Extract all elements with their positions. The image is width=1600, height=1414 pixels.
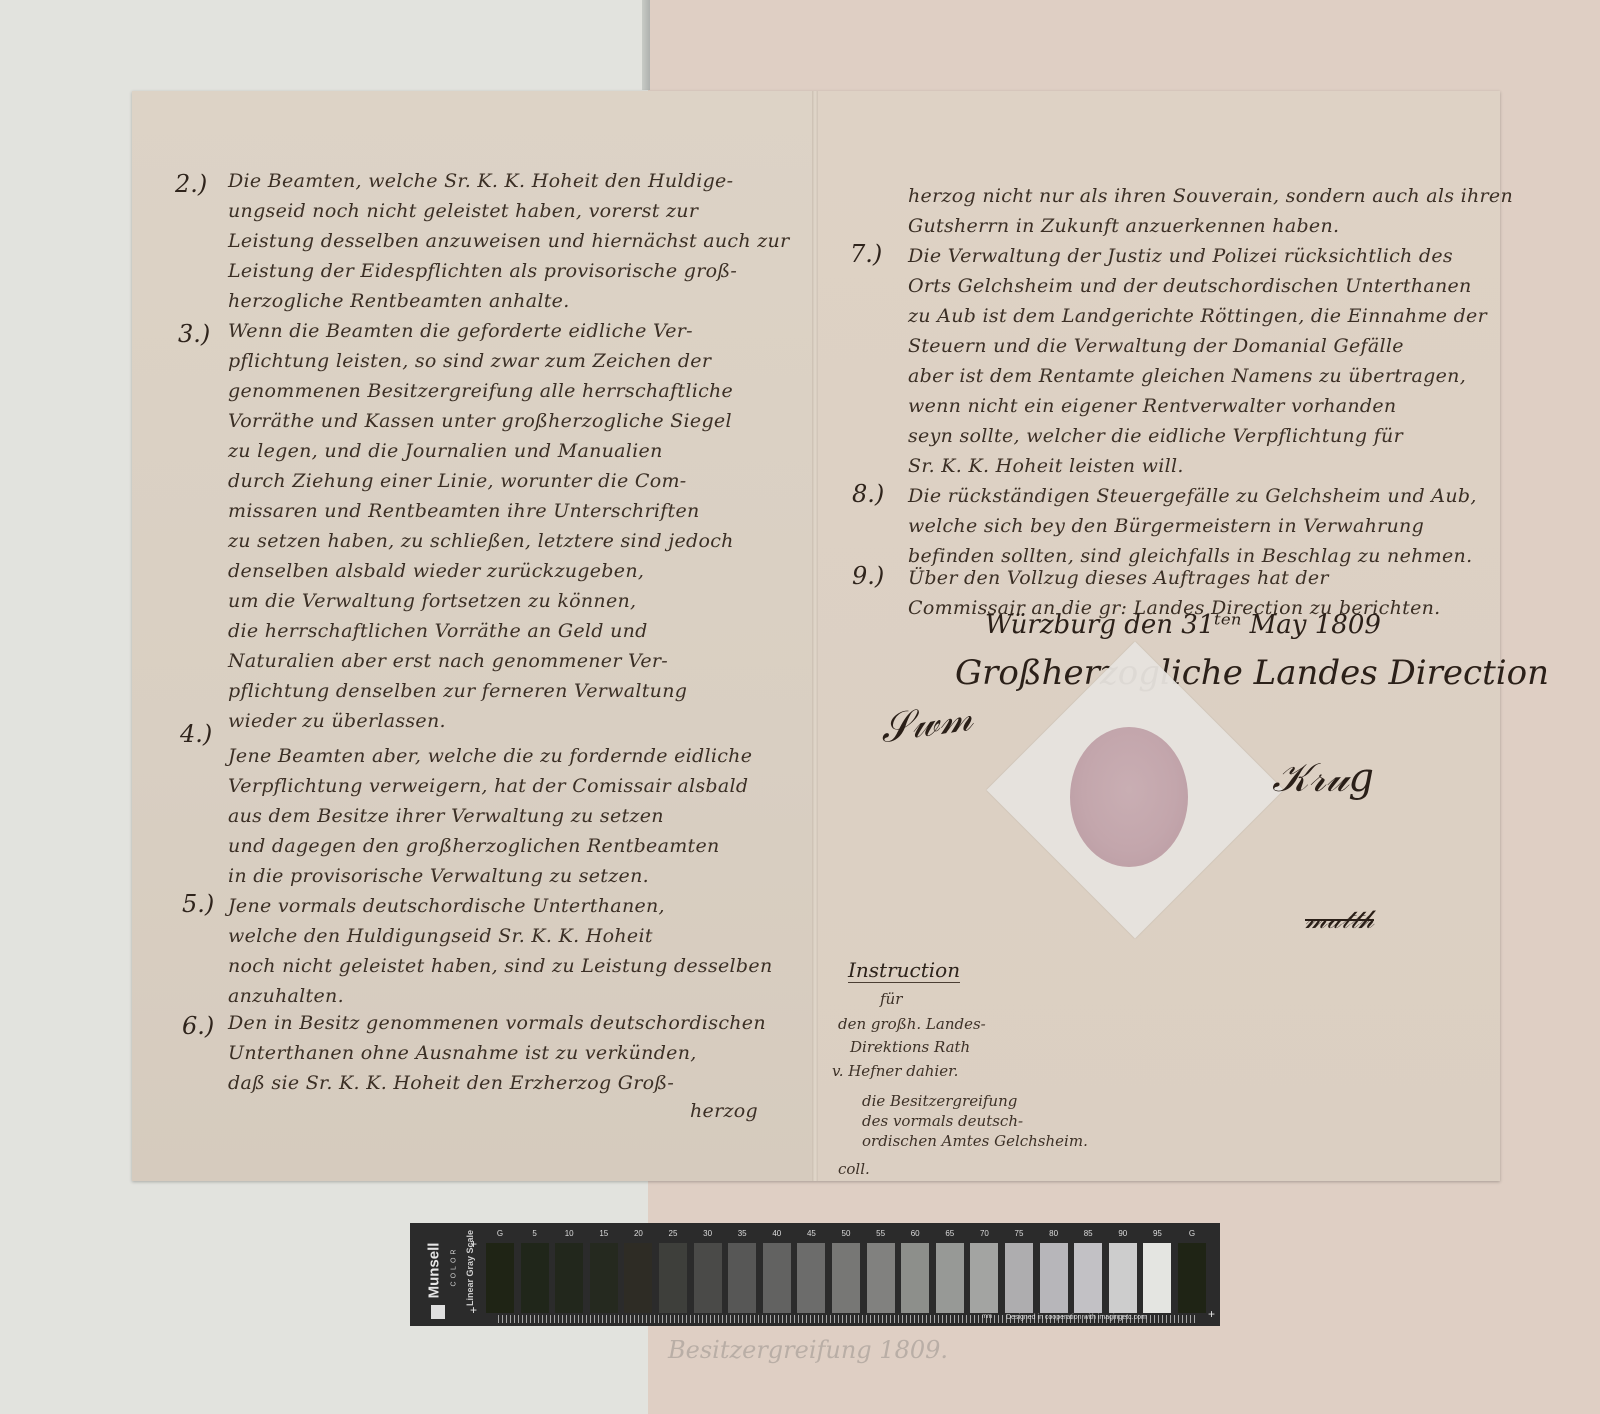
gray-scale-label: 10: [552, 1229, 586, 1238]
text-line: Naturalien aber erst nach genommener Ver…: [228, 650, 668, 672]
gray-scale-label: 35: [725, 1229, 759, 1238]
address-note-line: den großh. Landes-: [838, 1015, 986, 1033]
scale-name: Linear Gray Scale: [465, 1222, 475, 1314]
gray-patch: [694, 1243, 722, 1313]
text-line: aus dem Besitze ihrer Verwaltung zu setz…: [228, 805, 664, 827]
text-line: Unterthanen ohne Ausnahme ist zu verkünd…: [228, 1042, 697, 1064]
text-line: Leistung der Eidespflichten als provisor…: [228, 260, 737, 282]
text-line: Gutsherrn in Zukunft anzuerkennen haben.: [908, 215, 1339, 237]
gray-patch: [1109, 1243, 1137, 1313]
address-note-line: für: [880, 990, 902, 1008]
gray-patch: [486, 1243, 514, 1313]
gray-scale-label: 5: [518, 1229, 552, 1238]
gray-scale-label: 65: [933, 1229, 967, 1238]
text-line: um die Verwaltung fortsetzen zu können,: [228, 590, 636, 612]
gray-patch: [1074, 1243, 1102, 1313]
gray-patch: [1178, 1243, 1206, 1313]
address-note-line: Direktions Rath: [850, 1038, 970, 1056]
paragraph-number: 4.): [180, 720, 212, 748]
registration-plus-icon: +: [1208, 1307, 1215, 1321]
address-note-footer: coll.: [838, 1160, 870, 1178]
gray-scale-label: 70: [967, 1229, 1001, 1238]
gray-patch: [1143, 1243, 1171, 1313]
gray-patch: [1005, 1243, 1033, 1313]
signature-right: 𝒦𝓇𝓊𝑔: [1272, 755, 1374, 801]
paragraph-number: 3.): [178, 320, 210, 348]
gray-scale-label: 95: [1140, 1229, 1174, 1238]
address-note-line: v. Hefner dahier.: [832, 1062, 958, 1080]
gray-patch: [728, 1243, 756, 1313]
text-line: zu Aub ist dem Landgerichte Röttingen, d…: [908, 305, 1487, 327]
text-line: zu legen, und die Journalien und Manuali…: [228, 440, 663, 462]
gray-patch: [970, 1243, 998, 1313]
paragraph-number: 8.): [852, 480, 884, 508]
text-line: Vorräthe und Kassen unter großherzoglich…: [228, 410, 732, 432]
gray-scale-label: 30: [691, 1229, 725, 1238]
text-line: welche sich bey den Bürgermeistern in Ve…: [908, 515, 1424, 537]
text-line: herzogliche Rentbeamten anhalte.: [228, 290, 570, 312]
text-line: Jene Beamten aber, welche die zu fordern…: [228, 745, 752, 767]
text-line: durch Ziehung einer Linie, worunter die …: [228, 470, 686, 492]
gray-scale-label: 15: [587, 1229, 621, 1238]
gray-patch: [936, 1243, 964, 1313]
gray-scale-label: 85: [1071, 1229, 1105, 1238]
text-line: Die rückständigen Steuergefälle zu Gelch…: [908, 485, 1477, 507]
background-shadow: [642, 0, 650, 90]
text-line: Steuern und die Verwaltung der Domanial …: [908, 335, 1404, 357]
text-line: genommenen Besitzergreifung alle herrsch…: [228, 380, 733, 402]
paragraph-number: 2.): [175, 170, 207, 198]
gray-scale-label: 75: [1002, 1229, 1036, 1238]
text-line: die herrschaftlichen Vorräthe an Geld un…: [228, 620, 648, 642]
text-line: Sr. K. K. Hoheit leisten will.: [908, 455, 1184, 477]
gray-scale-label: G: [483, 1229, 517, 1238]
address-note-line: des vormals deutsch-: [862, 1112, 1023, 1130]
registration-plus-icon: +: [470, 1303, 477, 1317]
gray-scale-label: 60: [898, 1229, 932, 1238]
registration-plus-icon: +: [470, 1237, 477, 1251]
text-line: Die Beamten, welche Sr. K. K. Hoheit den…: [228, 170, 733, 192]
text-line: Über den Vollzug dieses Auftrages hat de…: [908, 567, 1329, 589]
text-line: Verpflichtung verweigern, hat der Comiss…: [228, 775, 748, 797]
catchword: herzog: [690, 1100, 758, 1122]
ruler-unit: mm: [982, 1314, 992, 1320]
text-line: in die provisorische Verwaltung zu setze…: [228, 865, 649, 887]
paragraph-number: 6.): [182, 1012, 214, 1040]
text-line: wenn nicht ein eigener Rentverwalter vor…: [908, 395, 1396, 417]
gray-patch: [867, 1243, 895, 1313]
address-note-line: die Besitzergreifung: [862, 1092, 1017, 1110]
address-note-title: Instruction: [848, 958, 960, 983]
text-line: denselben alsbald wieder zurückzugeben,: [228, 560, 644, 582]
text-line: pflichtung leisten, so sind zwar zum Zei…: [228, 350, 711, 372]
text-line: missaren und Rentbeamten ihre Unterschri…: [228, 500, 700, 522]
gray-scale-label: 50: [829, 1229, 863, 1238]
munsell-brand: Munsell COLOR Linear Gray Scale: [418, 1229, 448, 1321]
paragraph-number: 5.): [182, 890, 214, 918]
gray-scale-label: 25: [656, 1229, 690, 1238]
text-line: herzog nicht nur als ihren Souverain, so…: [908, 185, 1513, 207]
gray-patch: [555, 1243, 583, 1313]
gray-patch: [521, 1243, 549, 1313]
paragraph-number: 7.): [850, 240, 882, 268]
text-line: zu setzen haben, zu schließen, letztere …: [228, 530, 734, 552]
brand-name: Munsell: [427, 1225, 442, 1317]
gray-scale-label: 20: [621, 1229, 655, 1238]
text-line: Leistung desselben anzuweisen und hiernä…: [228, 230, 789, 252]
gray-scale-label: G: [1175, 1229, 1209, 1238]
gray-patch: [763, 1243, 791, 1313]
gray-patch: [901, 1243, 929, 1313]
brand-sub: COLOR: [451, 1221, 458, 1313]
gray-patch: [797, 1243, 825, 1313]
text-line: befinden sollten, sind gleichfalls in Be…: [908, 545, 1472, 567]
text-line: ungseid noch nicht geleistet haben, vore…: [228, 200, 698, 222]
date-line: Würzburg den 31ᵗᵉⁿ May 1809: [985, 610, 1381, 640]
gray-scale-label: 40: [760, 1229, 794, 1238]
text-line: seyn sollte, welcher die eidliche Verpfl…: [908, 425, 1403, 447]
text-line: wieder zu überlassen.: [228, 710, 446, 732]
text-line: Die Verwaltung der Justiz und Polizei rü…: [908, 245, 1453, 267]
authority-heading: Großherzogliche Landes Direction: [955, 653, 1549, 693]
address-note-line: ordischen Amtes Gelchsheim.: [862, 1132, 1088, 1150]
gray-scale-label: 80: [1037, 1229, 1071, 1238]
signature-small: 𝓂𝒶𝓉𝓉𝒽: [1305, 905, 1374, 936]
paragraph-number: 9.): [852, 562, 884, 590]
gray-patch: [1040, 1243, 1068, 1313]
pencil-annotation: Besitzergreifung 1809.: [668, 1336, 948, 1364]
gray-patch: [659, 1243, 687, 1313]
wax-seal: [1070, 727, 1188, 867]
text-line: Wenn die Beamten die geforderte eidliche…: [228, 320, 693, 342]
text-line: Den in Besitz genommenen vormals deutsch…: [228, 1012, 766, 1034]
text-line: Jene vormals deutschordische Unterthanen…: [228, 895, 665, 917]
text-line: aber ist dem Rentamte gleichen Namens zu…: [908, 365, 1466, 387]
gray-patch: [624, 1243, 652, 1313]
munsell-logo-icon: [431, 1305, 445, 1319]
text-line: pflichtung denselben zur ferneren Verwal…: [228, 680, 687, 702]
gray-patch: [832, 1243, 860, 1313]
munsell-gray-scale-card: Munsell COLOR Linear Gray Scale + + + G5…: [410, 1223, 1220, 1326]
text-line: Orts Gelchsheim und der deutschordischen…: [908, 275, 1472, 297]
gray-scale-label: 90: [1106, 1229, 1140, 1238]
text-line: welche den Huldigungseid Sr. K. K. Hohei…: [228, 925, 653, 947]
text-line: noch nicht geleistet haben, sind zu Leis…: [228, 955, 772, 977]
text-line: und dagegen den großherzoglichen Rentbea…: [228, 835, 720, 857]
gray-scale-label: 45: [794, 1229, 828, 1238]
card-credit: Designed in cooperation with imagingetc.…: [1006, 1314, 1147, 1321]
gray-patch: [590, 1243, 618, 1313]
text-line: daß sie Sr. K. K. Hoheit den Erzherzog G…: [228, 1072, 674, 1094]
gray-scale-label: 55: [864, 1229, 898, 1238]
text-line: anzuhalten.: [228, 985, 344, 1007]
